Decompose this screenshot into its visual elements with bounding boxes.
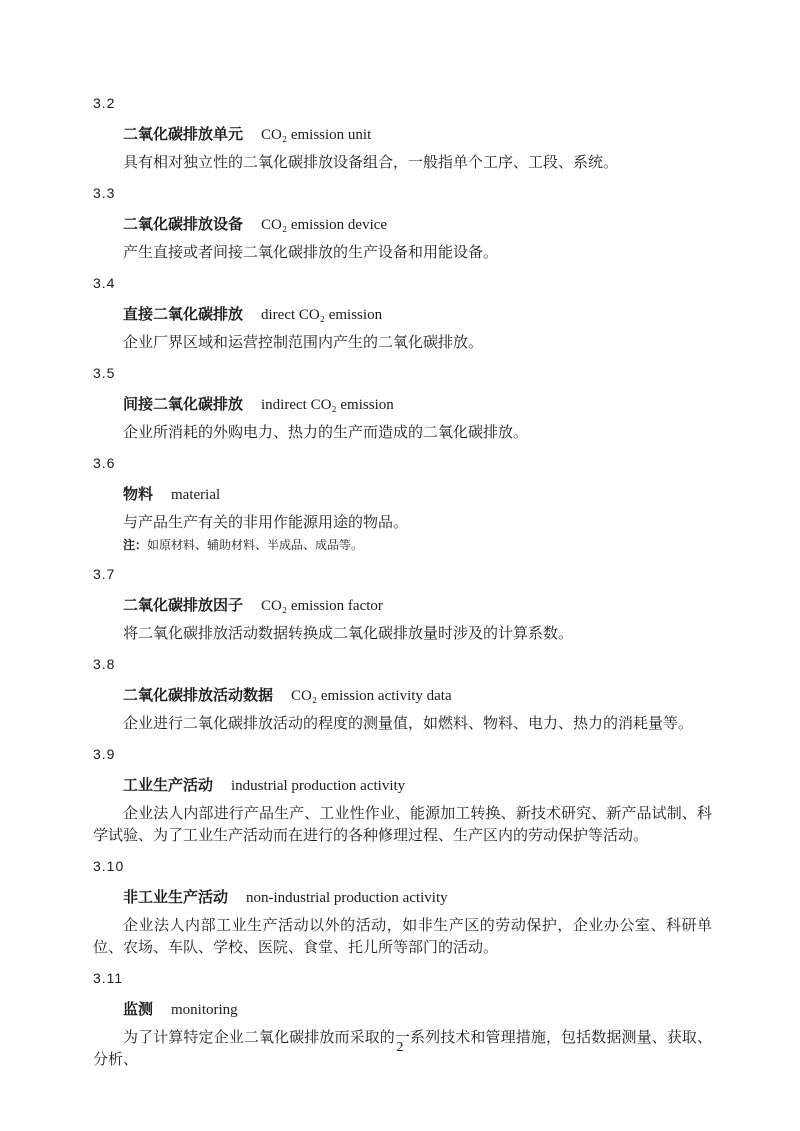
term-chinese: 二氧化碳排放活动数据 xyxy=(123,687,273,704)
term-english: CO₂ emission device xyxy=(261,217,387,233)
term-english: CO₂ emission unit xyxy=(261,127,371,143)
term-chinese: 直接二氧化碳排放 xyxy=(123,306,243,323)
section-number: 3.10 xyxy=(93,859,712,874)
term-chinese: 物料 xyxy=(123,486,153,503)
definition-text: 产生直接或者间接二氧化碳排放的生产设备和用能设备。 xyxy=(93,242,712,264)
page-number: 2 xyxy=(397,1040,404,1055)
definition-section: 3.6 物料material 与产品生产有关的非用作能源用途的物品。 注：如原材… xyxy=(93,456,712,555)
definition-section: 3.9 工业生产活动industrial production activity… xyxy=(93,747,712,847)
section-number: 3.4 xyxy=(93,276,712,291)
section-number: 3.8 xyxy=(93,657,712,672)
term-line: 监测monitoring xyxy=(123,999,712,1021)
note-label: 注： xyxy=(123,538,147,552)
definition-text: 具有相对独立性的二氧化碳排放设备组合，一般指单个工序、工段、系统。 xyxy=(93,152,712,174)
definition-section: 3.8 二氧化碳排放活动数据CO₂ emission activity data… xyxy=(93,657,712,735)
section-number: 3.9 xyxy=(93,747,712,762)
definition-section: 3.2 二氧化碳排放单元CO₂ emission unit 具有相对独立性的二氧… xyxy=(93,96,712,174)
term-english: industrial production activity xyxy=(231,778,405,794)
note-text: 如原材料、辅助材料、半成品、成品等。 xyxy=(147,538,363,552)
term-english: monitoring xyxy=(171,1002,238,1018)
section-number: 3.7 xyxy=(93,567,712,582)
definition-text: 与产品生产有关的非用作能源用途的物品。 xyxy=(93,512,712,534)
section-number: 3.11 xyxy=(93,971,712,986)
section-number: 3.6 xyxy=(93,456,712,471)
term-english: direct CO₂ emission xyxy=(261,307,382,323)
term-line: 二氧化碳排放活动数据CO₂ emission activity data xyxy=(123,685,712,707)
section-number: 3.3 xyxy=(93,186,712,201)
definitions-list: 3.2 二氧化碳排放单元CO₂ emission unit 具有相对独立性的二氧… xyxy=(93,96,712,1071)
term-line: 间接二氧化碳排放indirect CO₂ emission xyxy=(123,394,712,416)
definition-note: 注：如原材料、辅助材料、半成品、成品等。 xyxy=(123,536,712,555)
term-chinese: 二氧化碳排放设备 xyxy=(123,216,243,233)
term-chinese: 监测 xyxy=(123,1001,153,1018)
page-footer: 2 xyxy=(0,1040,800,1056)
term-line: 直接二氧化碳排放direct CO₂ emission xyxy=(123,304,712,326)
term-chinese: 非工业生产活动 xyxy=(123,889,228,906)
term-chinese: 工业生产活动 xyxy=(123,777,213,794)
term-english: CO₂ emission factor xyxy=(261,598,383,614)
definition-text: 企业进行二氧化碳排放活动的程度的测量值，如燃料、物料、电力、热力的消耗量等。 xyxy=(93,713,712,735)
definition-text: 企业厂界区域和运营控制范围内产生的二氧化碳排放。 xyxy=(93,332,712,354)
definition-text: 企业法人内部进行产品生产、工业性作业、能源加工转换、新技术研究、新产品试制、科学… xyxy=(93,803,712,847)
term-line: 工业生产活动industrial production activity xyxy=(123,775,712,797)
term-line: 非工业生产活动non-industrial production activit… xyxy=(123,887,712,909)
definition-text: 企业所消耗的外购电力、热力的生产而造成的二氧化碳排放。 xyxy=(93,422,712,444)
definition-section: 3.7 二氧化碳排放因子CO₂ emission factor 将二氧化碳排放活… xyxy=(93,567,712,645)
section-number: 3.5 xyxy=(93,366,712,381)
definition-section: 3.4 直接二氧化碳排放direct CO₂ emission 企业厂界区域和运… xyxy=(93,276,712,354)
term-line: 二氧化碳排放因子CO₂ emission factor xyxy=(123,595,712,617)
section-number: 3.2 xyxy=(93,96,712,111)
term-chinese: 二氧化碳排放因子 xyxy=(123,597,243,614)
term-english: indirect CO₂ emission xyxy=(261,397,394,413)
term-line: 二氧化碳排放设备CO₂ emission device xyxy=(123,214,712,236)
term-chinese: 二氧化碳排放单元 xyxy=(123,126,243,143)
term-chinese: 间接二氧化碳排放 xyxy=(123,396,243,413)
document-page: 3.2 二氧化碳排放单元CO₂ emission unit 具有相对独立性的二氧… xyxy=(0,0,800,1131)
term-english: CO₂ emission activity data xyxy=(291,688,452,704)
definition-text: 企业法人内部工业生产活动以外的活动，如非生产区的劳动保护，企业办公室、科研单位、… xyxy=(93,915,712,959)
term-line: 二氧化碳排放单元CO₂ emission unit xyxy=(123,124,712,146)
definition-section: 3.3 二氧化碳排放设备CO₂ emission device 产生直接或者间接… xyxy=(93,186,712,264)
definition-section: 3.11 监测monitoring 为了计算特定企业二氧化碳排放而采取的一系列技… xyxy=(93,971,712,1071)
term-english: non-industrial production activity xyxy=(246,890,448,906)
definition-section: 3.10 非工业生产活动non-industrial production ac… xyxy=(93,859,712,959)
definition-text: 将二氧化碳排放活动数据转换成二氧化碳排放量时涉及的计算系数。 xyxy=(93,623,712,645)
term-english: material xyxy=(171,487,220,503)
term-line: 物料material xyxy=(123,484,712,506)
definition-section: 3.5 间接二氧化碳排放indirect CO₂ emission 企业所消耗的… xyxy=(93,366,712,444)
